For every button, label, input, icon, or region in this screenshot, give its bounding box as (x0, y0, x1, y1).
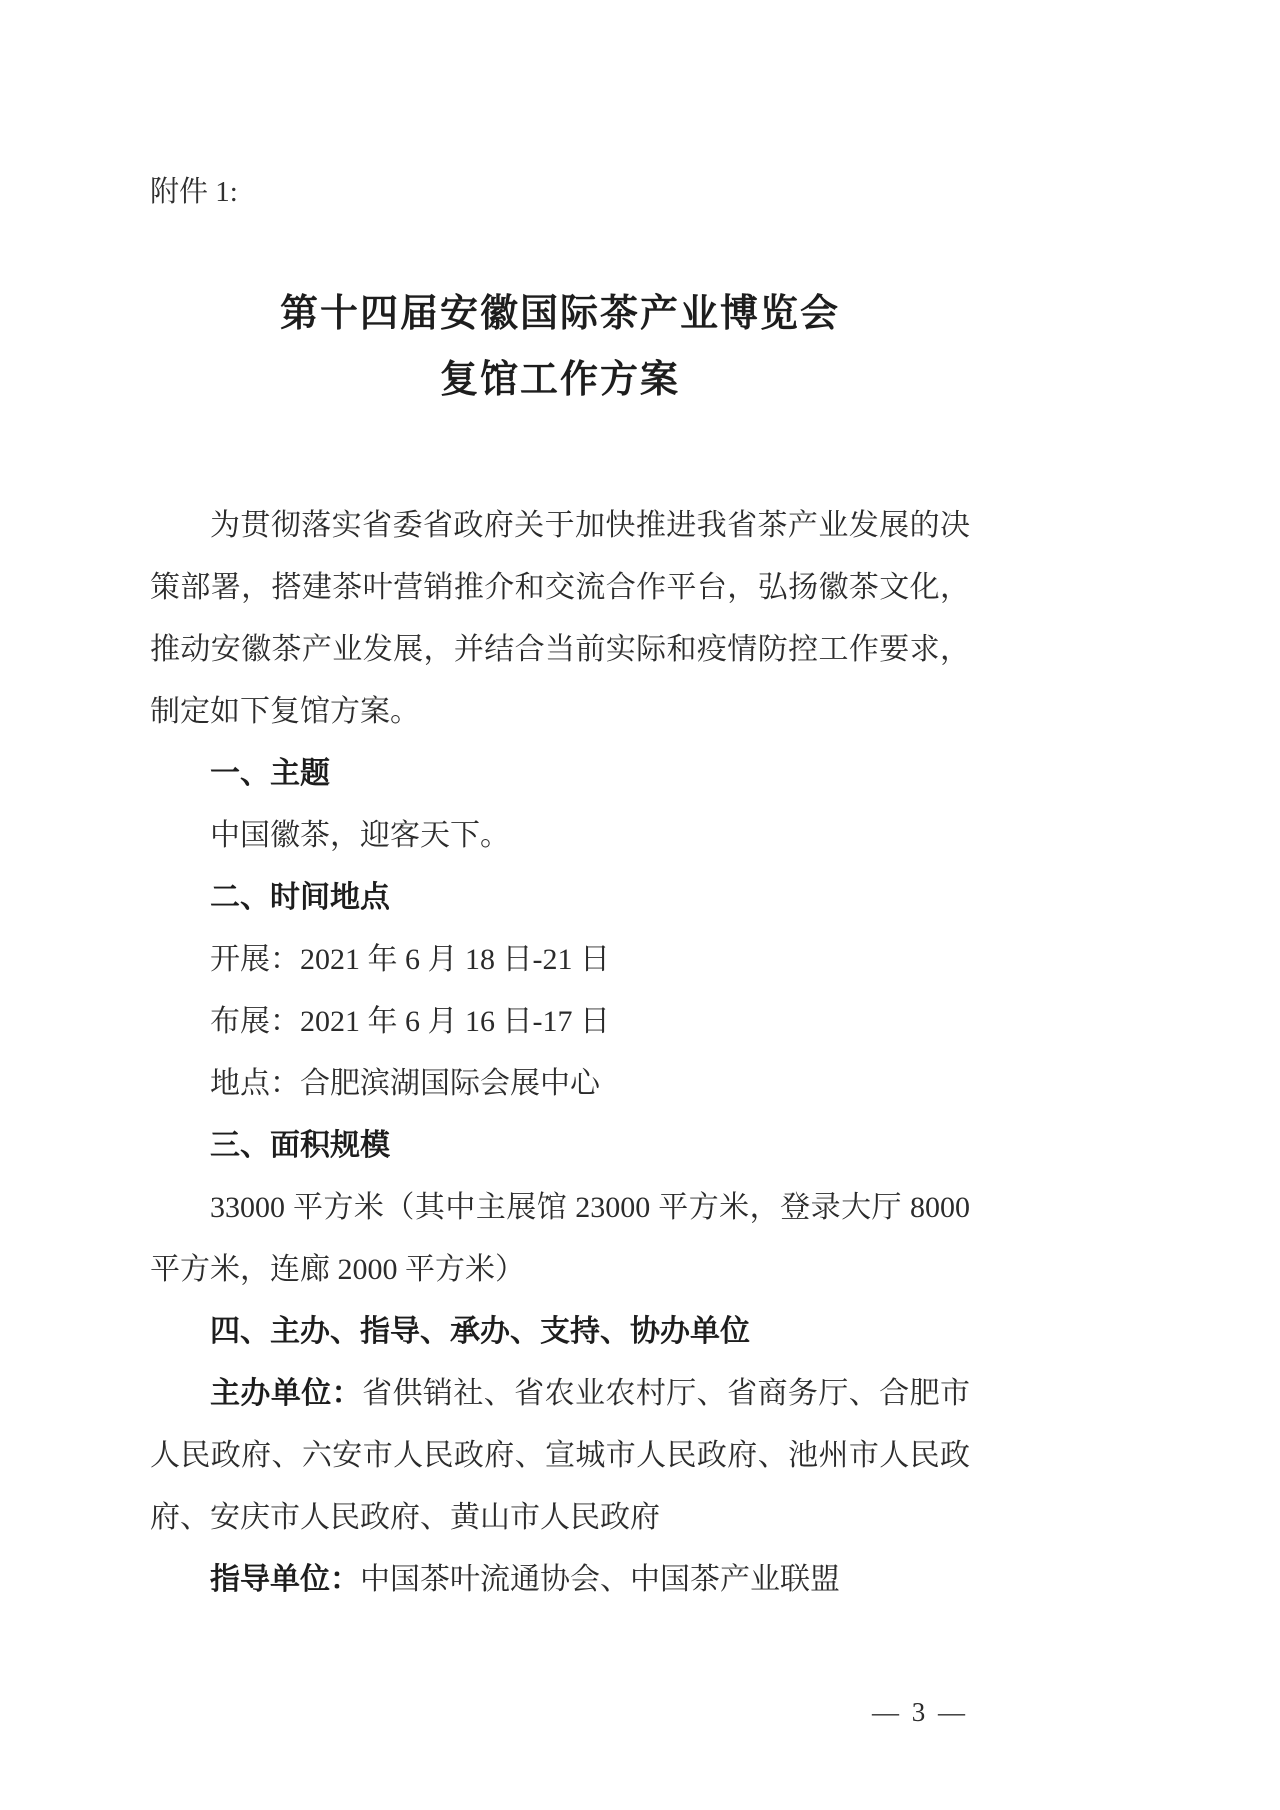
document-body: 为贯彻落实省委省政府关于加快推进我省茶产业发展的决策部署，搭建茶叶营销推介和交流… (150, 495, 970, 1611)
document-page: 附件 1: 第十四届安徽国际茶产业博览会 复馆工作方案 为贯彻落实省委省政府关于… (0, 0, 1280, 1810)
guidance-paragraph: 指导单位：中国茶叶流通协会、中国茶产业联盟 (150, 1549, 970, 1611)
organizers-lead: 主办单位： (210, 1377, 362, 1410)
section-2-line-opening: 开展：2021 年 6 月 18 日-21 日 (150, 929, 970, 991)
section-3-heading: 三、面积规模 (150, 1115, 970, 1177)
section-2-line-setup: 布展：2021 年 6 月 16 日-17 日 (150, 991, 970, 1053)
section-3-paragraph: 33000 平方米（其中主展馆 23000 平方米，登录大厅 8000 平方米，… (150, 1177, 970, 1301)
section-2-line-venue: 地点：合肥滨湖国际会展中心 (150, 1053, 970, 1115)
attachment-label: 附件 1: (150, 175, 970, 209)
document-title: 第十四届安徽国际茶产业博览会 复馆工作方案 (150, 281, 970, 413)
section-4-heading: 四、主办、指导、承办、支持、协办单位 (150, 1301, 970, 1363)
page-number: — 3 — (872, 1697, 968, 1728)
title-line-1: 第十四届安徽国际茶产业博览会 (150, 281, 970, 347)
guidance-text: 中国茶叶流通协会、中国茶产业联盟 (360, 1563, 840, 1596)
section-2-heading: 二、时间地点 (150, 867, 970, 929)
section-1-line-1: 中国徽茶，迎客天下。 (150, 805, 970, 867)
intro-paragraph: 为贯彻落实省委省政府关于加快推进我省茶产业发展的决策部署，搭建茶叶营销推介和交流… (150, 495, 970, 743)
section-1-heading: 一、主题 (150, 743, 970, 805)
guidance-lead: 指导单位： (210, 1563, 360, 1596)
organizers-paragraph: 主办单位：省供销社、省农业农村厅、省商务厅、合肥市人民政府、六安市人民政府、宣城… (150, 1363, 970, 1549)
title-line-2: 复馆工作方案 (150, 347, 970, 413)
